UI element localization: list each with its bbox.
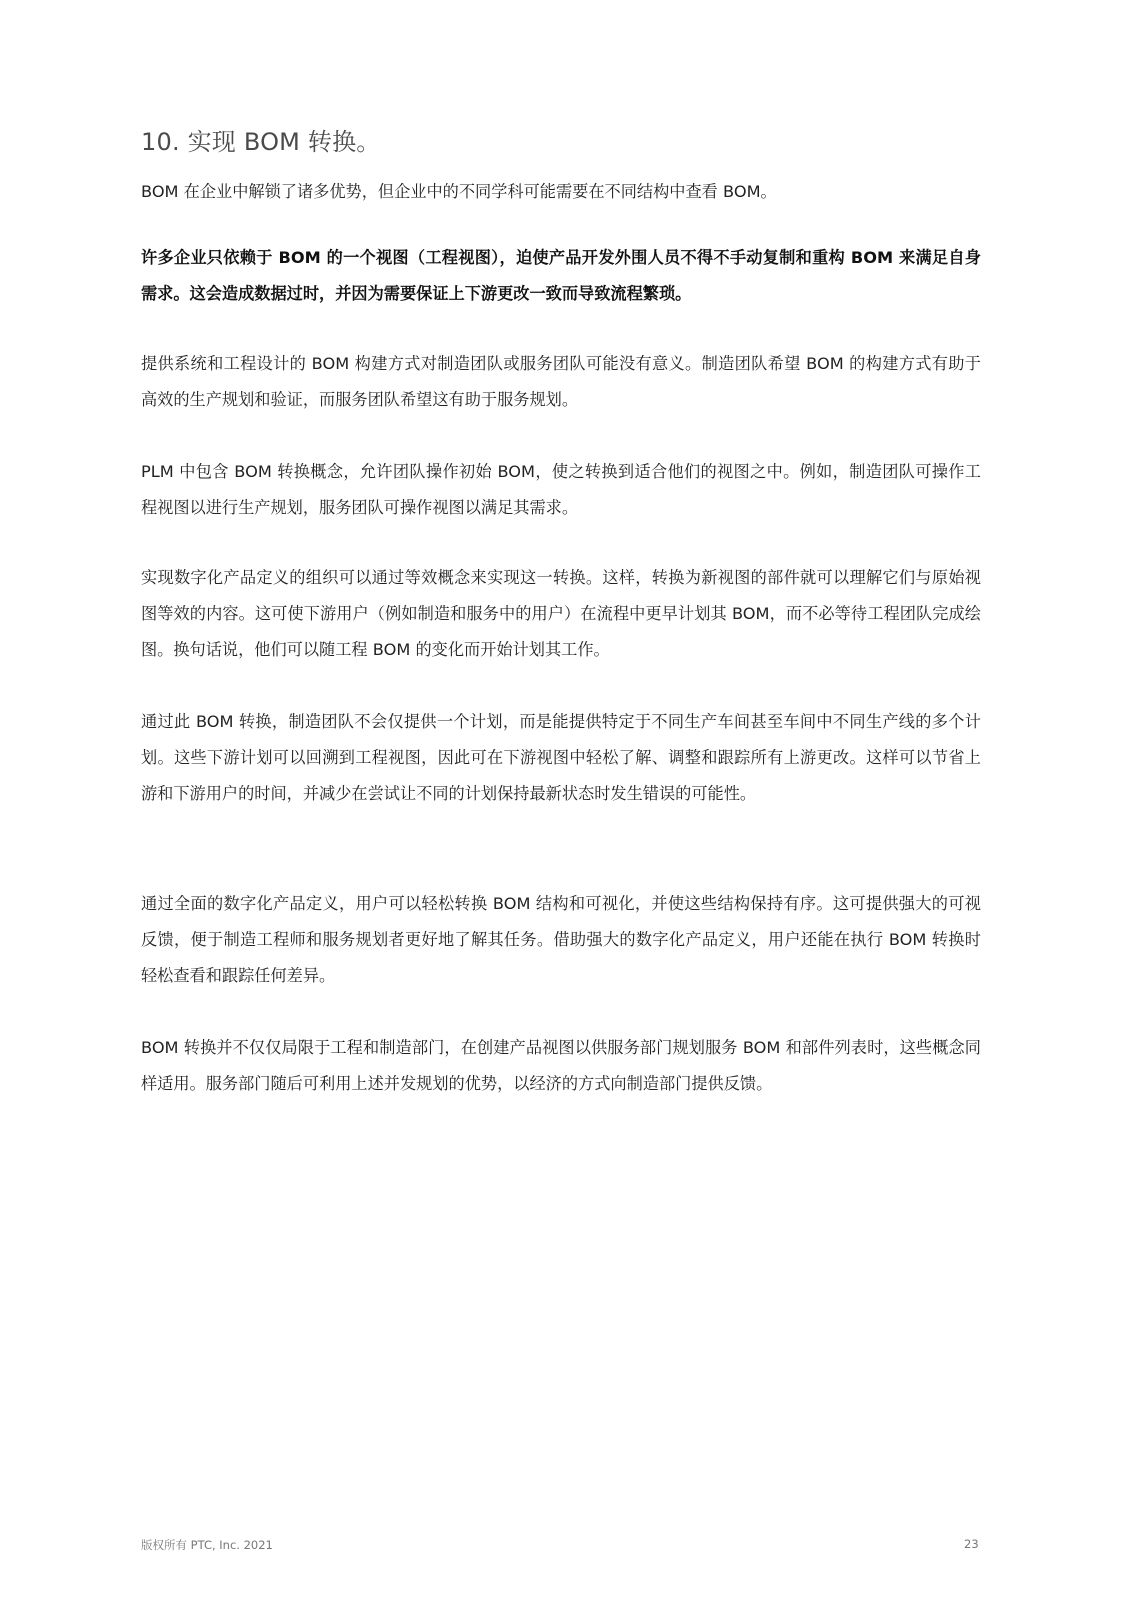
paragraph-emphasis: 许多企业只依赖于 BOM 的一个视图（工程视图），迫使产品开发外围人员不得不手动… — [141, 240, 981, 312]
page-number: 23 — [964, 1537, 979, 1551]
paragraph-3: 提供系统和工程设计的 BOM 构建方式对制造团队或服务团队可能没有意义。制造团队… — [141, 346, 981, 418]
paragraph-6: 通过此 BOM 转换，制造团队不会仅提供一个计划，而是能提供特定于不同生产车间甚… — [141, 704, 981, 812]
paragraph-8: BOM 转换并不仅仅局限于工程和制造部门，在创建产品视图以供服务部门规划服务 B… — [141, 1030, 981, 1102]
paragraph-intro: BOM 在企业中解锁了诸多优势，但企业中的不同学科可能需要在不同结构中查看 BO… — [141, 174, 981, 210]
footer-copyright: 版权所有 PTC, Inc. 2021 — [141, 1537, 273, 1553]
paragraph-5: 实现数字化产品定义的组织可以通过等效概念来实现这一转换。这样，转换为新视图的部件… — [141, 560, 981, 668]
section-heading: 10. 实现 BOM 转换。 — [141, 122, 381, 157]
paragraph-7: 通过全面的数字化产品定义，用户可以轻松转换 BOM 结构和可视化，并使这些结构保… — [141, 886, 981, 994]
paragraph-4: PLM 中包含 BOM 转换概念，允许团队操作初始 BOM，使之转换到适合他们的… — [141, 454, 981, 526]
